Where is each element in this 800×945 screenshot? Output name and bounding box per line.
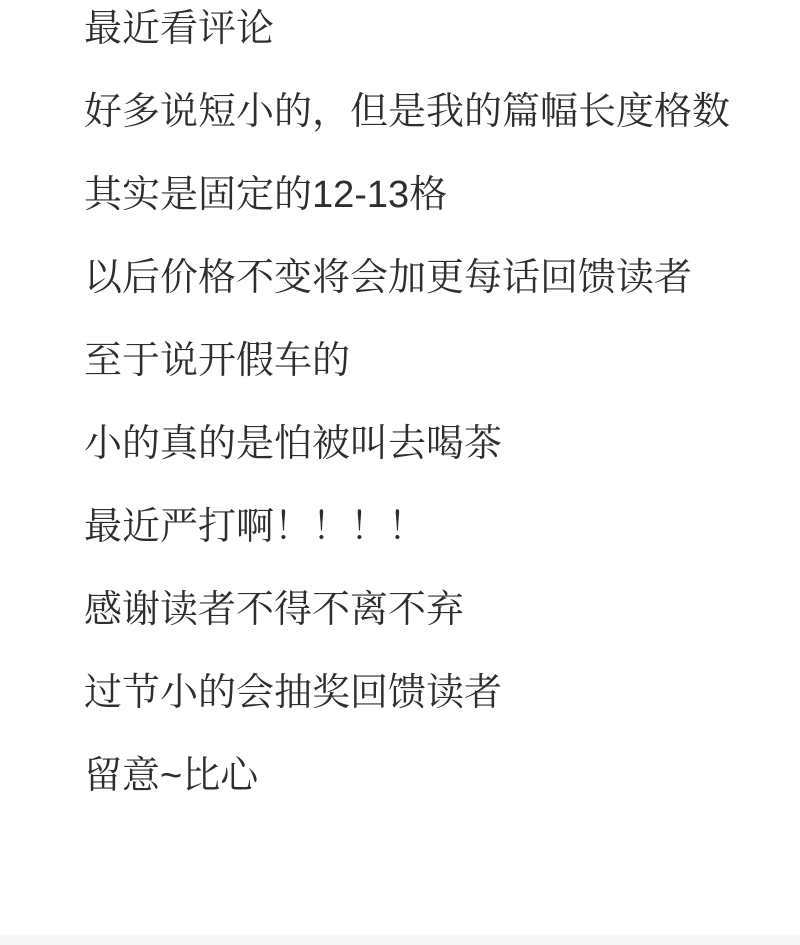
text-line: 感谢读者不得不离不弃 xyxy=(84,589,780,631)
text-line: 最近看评论 xyxy=(84,8,780,50)
note-text-block: 最近看评论 好多说短小的，但是我的篇幅长度格数 其实是固定的12-13格 以后价… xyxy=(84,8,780,838)
text-line: 以后价格不变将会加更每话回馈读者 xyxy=(84,257,780,299)
text-line: 小的真的是怕被叫去喝茶 xyxy=(84,423,780,465)
text-line: 过节小的会抽奖回馈读者 xyxy=(84,672,780,714)
text-line: 至于说开假车的 xyxy=(84,340,780,382)
text-line: 最近严打啊！！！！ xyxy=(84,506,780,548)
text-line: 好多说短小的，但是我的篇幅长度格数 xyxy=(84,91,780,133)
text-line: 留意~比心 xyxy=(84,755,780,797)
text-line: 其实是固定的12-13格 xyxy=(84,174,780,216)
bottom-strip xyxy=(0,935,800,945)
